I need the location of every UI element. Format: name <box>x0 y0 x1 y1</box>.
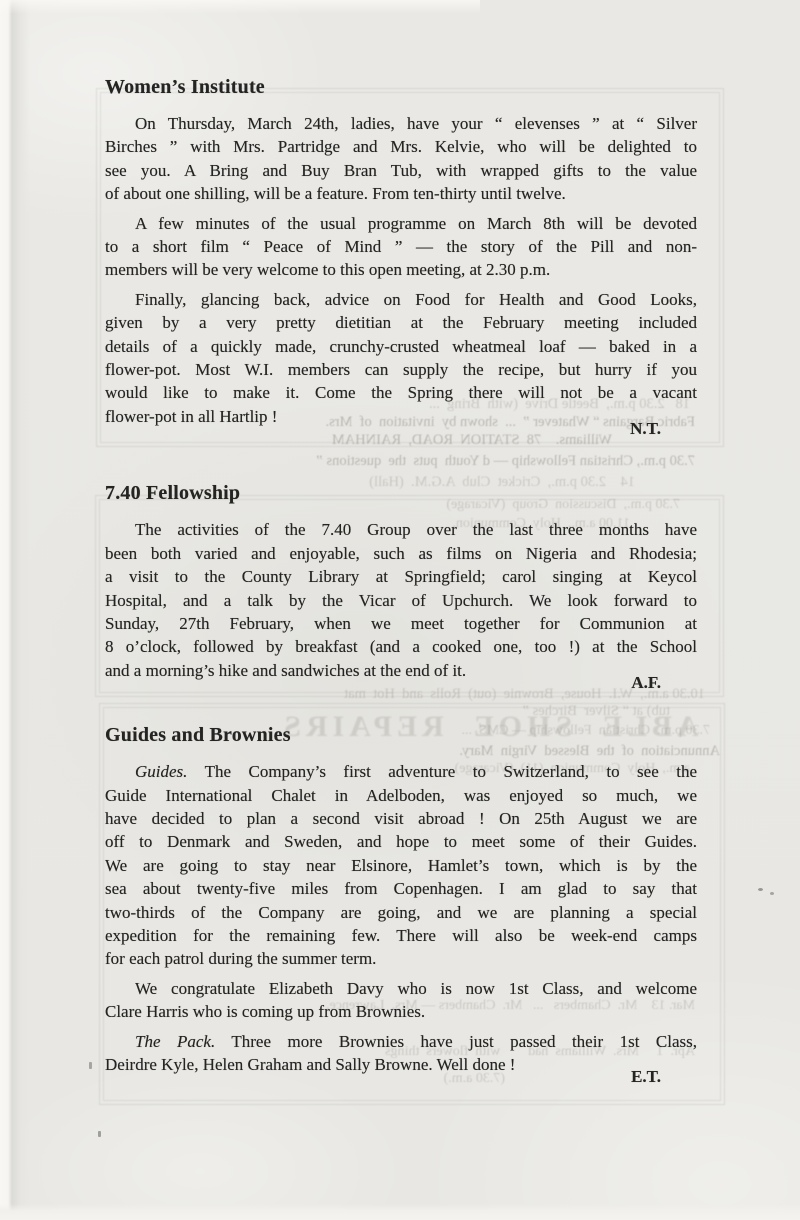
text-line: sea about twenty-five miles from Copenha… <box>105 877 697 900</box>
paragraph: A few minutes of the usual programme on … <box>105 212 697 282</box>
text-line: off to Denmark and Sweden, and hope to m… <box>105 830 697 853</box>
page-content: Women’s Institute On Thursday, March 24t… <box>0 0 697 1088</box>
text-line: Finally, glancing back, advice on Food f… <box>105 288 697 311</box>
section-womens-institute: Women’s Institute On Thursday, March 24t… <box>105 74 697 440</box>
text-line: two-thirds of the Company are going, and… <box>105 901 697 924</box>
text-line: been both varied and enjoyable, such as … <box>105 542 697 565</box>
ink-speck <box>758 888 763 891</box>
ink-speck <box>770 892 774 895</box>
text-line: to a short film “ Peace of Mind ” — the … <box>105 235 697 258</box>
text-line: We congratulate Elizabeth Davy who is no… <box>105 977 697 1000</box>
section-body: The activities of the 7.40 Group over th… <box>105 518 697 682</box>
text-line: Guides. The Company’s first adventure to… <box>105 760 697 783</box>
section-guides-and-brownies: Guides and Brownies Guides. The Company’… <box>105 722 697 1088</box>
paragraph: Finally, glancing back, advice on Food f… <box>105 288 697 428</box>
text-line: Birches ” with Mrs. Partridge and Mrs. K… <box>105 135 697 158</box>
text-line: see you. A Bring and Buy Bran Tub, with … <box>105 159 697 182</box>
text-line: The Pack. Three more Brownies have just … <box>105 1030 697 1053</box>
section-heading: Guides and Brownies <box>105 722 697 748</box>
section-body: Guides. The Company’s first adventure to… <box>105 760 697 1076</box>
section-740-fellowship: 7.40 Fellowship The activities of the 7.… <box>105 480 697 694</box>
text-line: On Thursday, March 24th, ladies, have yo… <box>105 112 697 135</box>
text-line: expedition for the remaining few. There … <box>105 924 697 947</box>
text-line: Sunday, 27th February, when we meet toge… <box>105 612 697 635</box>
text-line: Clare Harris who is coming up from Brown… <box>105 1000 697 1023</box>
text-line: We are going to stay near Elsinore, Haml… <box>105 854 697 877</box>
text-line: The activities of the 7.40 Group over th… <box>105 518 697 541</box>
text-line: of about one shilling, will be a feature… <box>105 182 697 205</box>
section-heading: 7.40 Fellowship <box>105 480 697 506</box>
text-line: for each patrol during the summer term. <box>105 947 697 970</box>
text-line: Hospital, and a talk by the Vicar of Upc… <box>105 589 697 612</box>
magazine-page: ABLE SHOE REPAIRS 18 2.30 p.m., Beetle D… <box>0 0 800 1220</box>
text-line: have decided to plan a second visit abro… <box>105 807 697 830</box>
paragraph: Guides. The Company’s first adventure to… <box>105 760 697 971</box>
text-line: flower-pot. Most W.I. members can supply… <box>105 358 697 381</box>
text-line: would like to make it. Come the Spring t… <box>105 381 697 404</box>
ink-speck <box>98 1131 101 1137</box>
paragraph: The activities of the 7.40 Group over th… <box>105 518 697 682</box>
text-line: a visit to the County Library at Springf… <box>105 565 697 588</box>
text-line: A few minutes of the usual programme on … <box>105 212 697 235</box>
text-line: 8 o’clock, followed by breakfast (and a … <box>105 635 697 658</box>
paragraph: On Thursday, March 24th, ladies, have yo… <box>105 112 697 206</box>
section-heading: Women’s Institute <box>105 74 697 100</box>
text-line: given by a very pretty dietitian at the … <box>105 311 697 334</box>
paragraph: We congratulate Elizabeth Davy who is no… <box>105 977 697 1024</box>
text-line: members will be very welcome to this ope… <box>105 258 697 281</box>
section-body: On Thursday, March 24th, ladies, have yo… <box>105 112 697 428</box>
text-line: Guide International Chalet in Adelboden,… <box>105 784 697 807</box>
text-line: details of a quickly made, crunchy-crust… <box>105 335 697 358</box>
